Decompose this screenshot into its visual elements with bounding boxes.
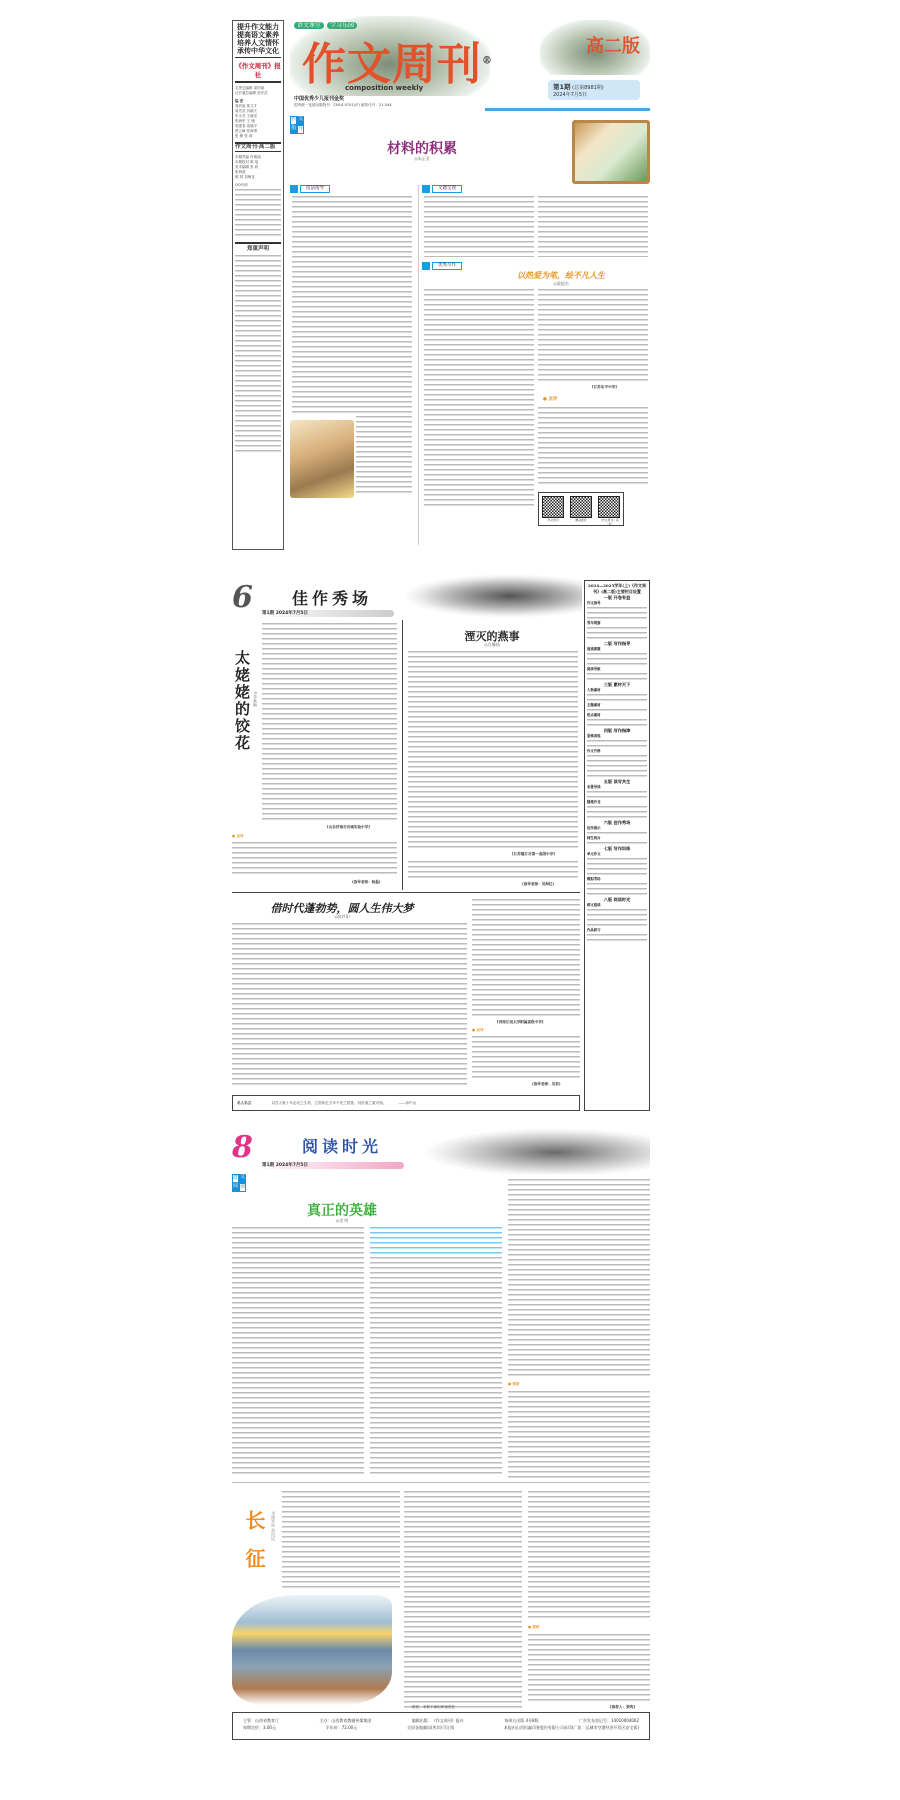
role: 社长兼总编辑 周史武 [235,91,281,96]
story-body [472,898,580,1018]
column-schedule-box: 2024—2025学年(上)《作文周刊》(高二版)主要栏目设置 一版 开卷有益 … [584,580,650,1111]
long-march-picture [232,1595,392,1705]
story-title: 太姥姥的饺花 [232,650,253,752]
issue-date: 第1期 2024年7月5日 [254,610,394,617]
prompt-body [538,195,648,257]
story-teacher: (指导老师：吴海红) [522,882,554,887]
slogan: 提升作文能力 提高语文素养 培养人文情怀 承传中华文化 [235,23,281,58]
comment-tag: ● 赏析 [528,1625,540,1630]
story-body [232,922,467,1087]
article-body [356,415,412,495]
story-body [408,650,578,850]
award: 中国优秀少儿报刊金奖 [294,95,344,102]
story-body [282,1490,400,1590]
ink-landscape [402,574,582,618]
board-member: 张 敏 张 莉 [235,134,281,139]
story-byline: ◎雷 明 [272,1218,412,1224]
story-teacher: (指导老师：杨磊) [352,880,381,885]
story-title: 长征 [240,1510,269,1586]
masthead-rule [485,108,650,111]
story-title: 真正的英雄 [272,1200,412,1220]
qr-codes: 作文周刊 精品推荐 《作文周刊》高二版 [538,492,624,526]
story-school: [江苏镇江市第一高级中学] [512,852,555,857]
issue-box: 第1期 (总第8981期) 2024年7月5日 [548,80,640,100]
comment-body [538,406,648,486]
press-name: 《作文周刊》报社 [235,61,281,83]
edition-heading: 作文周刊·高二版 [235,142,281,152]
article-byline: ◎朱正君 [332,156,512,162]
article-title: 材料的积累 [332,138,512,158]
english-title: composition weekly [345,84,423,92]
page-number: 8 [232,1130,253,1165]
comment-body [472,1035,580,1080]
story-byline: ◎陈纤阳 [242,914,442,920]
comment-body [232,841,397,876]
essay-body [538,288,648,383]
famous-quote: 名人名言 以吾人数十年必死之生命，立国家亿万年不死之根基，其价值之重可知。 ——… [232,1095,580,1111]
essay-title: 以热爱为笔，绘不凡人生 [472,270,650,281]
staff: 照 排 刘梅花 [235,175,281,180]
village-illustration [412,1126,650,1174]
story-body [370,1226,502,1476]
prompt-body [424,195,534,257]
front-page: 提升作文能力 提高语文素养 培养人文情怀 承传中华文化 《作文周刊》报社 名誉总… [232,20,650,550]
story-byline: ◎康军站 余河远 [270,1510,276,1540]
masthead: 语文课堂学习乐园 作文周刊® composition weekly 中国优秀少儿… [290,20,650,112]
essay-body [424,288,534,508]
section-tag: 技法指导 [290,185,330,193]
essay-byline: ◎梁超杰 [472,281,650,287]
comment-body [408,860,578,880]
comment-tag: ● 赏析 [508,1382,520,1387]
section-tag: 优秀习作 [422,262,462,270]
story-teacher: (指导老师：吴贺) [532,1082,561,1087]
column-badge: 作文指导 [290,116,304,130]
qr-code[interactable]: 作文周刊 [542,496,564,522]
footer-note: 推荐，本报不承担审查责任 [412,1705,455,1710]
comment-tag: ● 点评 [232,834,244,839]
qr-code[interactable]: 精品推荐 [570,496,592,522]
newspaper-title: 作文周刊® [302,28,493,92]
issue-date: 第1期 2024年7月5日 [254,1162,404,1169]
story-body [508,1178,650,1378]
comment-body [528,1633,650,1703]
page-number: 6 [232,580,253,615]
qr-code[interactable]: 《作文周刊》高二版 [598,496,620,522]
essay-school: [江苏东平中学] [592,385,617,390]
section-title: 阅读时光 [302,1134,382,1157]
story-body [262,622,397,822]
page-6: 6 佳作秀场 第1期 2024年7月5日 太姥姥的饺花 ◎李燕琳 [山东济南市历… [232,580,650,1120]
story-body [404,1490,522,1710]
story-school: [河南长垣太学附属高级中学] [497,1020,544,1025]
masthead-sidebar: 提升作文能力 提高语文素养 培养人文情怀 承传中华文化 《作文周刊》报社 名誉总… [232,20,284,550]
issn: 国内统一连续出版物号：CN14-0701/(F) 邮发代号：21-544 [294,103,392,108]
story-body [528,1490,650,1620]
comment-body [508,1390,650,1480]
article-body [292,195,412,415]
recommender: [推荐人：张鸣] [610,1705,635,1710]
story-body [232,1226,364,1476]
section-title: 佳作秀场 [292,586,372,609]
section-tag: 文题呈现 [422,185,462,193]
publication-footer: 主管：山西省教育厅 主办：山西教育教辅传媒集团 编辑出版：《作文周刊》报社 每周… [232,1712,650,1740]
comment-tag: ● 点评 [472,1028,484,1033]
page-8: 8 阅读时光 第1期 2024年7月5日 群文阅读 真正的英雄 ◎雷 明 ● 赏… [232,1130,650,1740]
column-badge: 群文阅读 [232,1174,246,1188]
story-byline: ◎李燕琳 [252,690,258,707]
comment-tag: ● 点评 [538,396,562,404]
plant-picture [572,120,650,184]
edition-label: 高二版 [586,32,640,58]
books-picture [290,420,354,498]
story-byline: ◎肖馨扬 [407,642,577,648]
notice-title: 郑重声明 [235,242,281,252]
story-school: [山东济南市历城实验中学] [327,825,370,830]
